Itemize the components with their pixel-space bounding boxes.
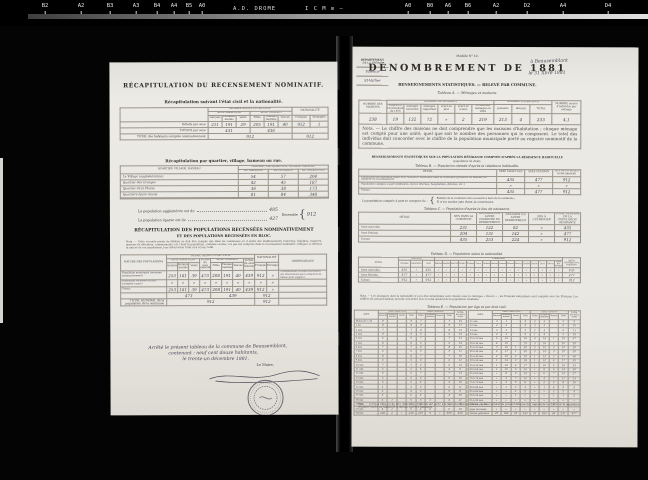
table-row: Totaux912»912»»»»»»»»»»»»»»»»912 xyxy=(358,278,580,284)
col-header: Garçons xyxy=(167,263,178,271)
cell: 183 xyxy=(539,411,549,415)
col-header: Étrangers xyxy=(267,263,279,271)
cell: 912 xyxy=(398,278,410,283)
col-header: Grecs xyxy=(474,261,482,268)
cell: » xyxy=(450,278,458,283)
ruler-mark: B6 xyxy=(465,3,472,9)
label: La population agglomérée est de xyxy=(138,209,195,213)
date-handwriting: le 31 Xbre 1881 xyxy=(528,71,565,77)
cell: Totaux xyxy=(359,188,497,194)
table-row: Totaux2282»2302014»205435 xyxy=(354,411,466,416)
col-header-detail: DÉTAIL xyxy=(359,212,451,225)
rule xyxy=(356,76,388,77)
cell: 253 xyxy=(167,286,178,292)
cell: 23 xyxy=(530,411,539,415)
table-E-right: ÂGES SEXE MASCULIN SEXE FÉMININ TOTAL de… xyxy=(468,310,580,416)
total-general: 912 xyxy=(167,298,255,306)
col-header: Français xyxy=(255,263,267,271)
cell: » xyxy=(530,278,538,283)
col-header: Femmes mariées xyxy=(539,314,549,319)
value: 912 xyxy=(307,211,317,217)
cell: 253 xyxy=(477,237,503,243)
cell: 72 xyxy=(421,114,438,125)
cell: 439 xyxy=(244,271,255,280)
tabE-title: Tableau E. — Population par âge et par é… xyxy=(352,305,582,310)
cell: 191 xyxy=(222,271,233,280)
signer-title: Le Maire, xyxy=(256,363,274,367)
section3-nota: Nota. — Cette seconde partie du tableau … xyxy=(126,240,322,250)
col-header: Turcs xyxy=(538,261,546,268)
ruler-mark: A4 xyxy=(560,3,567,9)
ruler-mark: A2 xyxy=(493,3,500,9)
cell: 181 xyxy=(178,271,189,280)
cell: 435 xyxy=(454,411,466,415)
col-header: Divers xyxy=(546,261,554,268)
cell: 243 xyxy=(520,411,530,415)
table-quartiers: QUARTIER, VILLAGE, HAMEAU NOMBRE, PAR QU… xyxy=(120,165,328,199)
cell: 912 xyxy=(555,237,581,243)
col-header: d'après le recensement de 1876 xyxy=(387,104,404,114)
col-header: DE PERSONNES xyxy=(298,169,328,173)
col-header: TOTAL xyxy=(530,104,552,114)
cell: Totaux xyxy=(354,411,378,415)
section3-title2: ET DES POPULATIONS RECENSÉES EN BLOC. xyxy=(110,234,338,239)
certification-line1: Arrêté le présent tableau de la commune … xyxy=(148,344,287,351)
brace: { xyxy=(430,196,435,205)
col-header: Belges xyxy=(458,260,466,267)
tabA-nota: Nota. — Le chiffre des maisons ne doit c… xyxy=(359,125,581,149)
col-header-total: TOTAL des deux sexes xyxy=(454,310,466,319)
tabD-title: Tableau D. — Population selon la nationa… xyxy=(352,252,582,257)
label: La population éparse est de xyxy=(138,218,186,222)
cell: » xyxy=(458,278,466,283)
table-populations: NATURE DES POPULATIONS DÉTAIL SELON L'ÉT… xyxy=(120,254,326,307)
col-header: Russes xyxy=(514,261,522,268)
ruler-mark: A2 xyxy=(78,3,85,9)
cell: 19 xyxy=(387,114,404,125)
col-header-ages: ÂGES xyxy=(468,310,492,319)
col-header-total: TOTAL des deux sexes xyxy=(568,311,580,320)
col-header-ages: ÂGES xyxy=(354,310,378,319)
col-header: Luxembourgeois xyxy=(498,261,506,268)
col-header: écart en moins xyxy=(455,104,472,114)
ruler-mark: A0 xyxy=(405,3,412,9)
population-eparse-line: La population éparse est de 427 xyxy=(138,217,278,222)
cell: 253 xyxy=(167,271,178,280)
brace: { xyxy=(299,208,306,221)
dotted-leader xyxy=(188,219,268,221)
cell: 473 xyxy=(200,286,211,292)
cell: » xyxy=(546,278,554,283)
ruler-mark: B2 xyxy=(42,3,49,9)
grand-total: 912 xyxy=(208,134,292,140)
cell: » xyxy=(438,114,455,125)
cell: » xyxy=(434,278,442,283)
cell: 132 xyxy=(404,114,421,125)
col-header-total: TOTAL GÉNÉRAL de la population xyxy=(563,258,581,268)
col-header: présents xyxy=(494,104,512,114)
cell: 233 xyxy=(530,114,552,125)
row-label: TOTAL des habitants comptés nominativeme… xyxy=(120,134,208,140)
page-title: RÉCAPITULATION DU RECENSEMENT NOMINATIF. xyxy=(109,82,337,90)
col-header: Hollandais xyxy=(482,261,490,268)
table-row: Totaux435253224»912 xyxy=(359,237,581,244)
table-row xyxy=(120,197,328,199)
table-A: NOMBRE DES MAISONS NOMBRE DE MÉNAGES NOM… xyxy=(358,100,580,149)
cell: 230 xyxy=(406,411,416,415)
cell: 201 xyxy=(416,411,425,415)
section2-subtitle: Récapitulation par quartier, village, ha… xyxy=(110,158,338,164)
col-header: Suédois xyxy=(522,261,530,268)
cell: 4,1 xyxy=(552,114,581,125)
col-header: NÉS DANS LA COMMUNE xyxy=(451,212,477,224)
cell: » xyxy=(397,411,406,415)
section3-title: RÉCAPITULATION DES POPULATIONS RECENSÉES… xyxy=(110,228,338,234)
cell: » xyxy=(267,271,279,280)
cell: 213 xyxy=(494,114,512,125)
cell: 28 xyxy=(549,411,558,415)
table-row: Totaux435477912 xyxy=(359,188,581,195)
table-E-left: ÂGES SEXE MASCULIN SEXE FÉMININ TOTAL de… xyxy=(354,310,466,416)
table-B: DÉTAIL SEXE MASCULIN SEXE FÉMININ LES DE… xyxy=(358,169,580,196)
tabE-note: Nota. — Lorsque l'âge n'a pu être déterm… xyxy=(358,403,580,410)
col-header-total-female: TOTAL du sexe féminin xyxy=(244,258,255,270)
col-header: Espagnols xyxy=(466,261,474,268)
col-header: Total des étrangers xyxy=(554,261,562,268)
corner-cell xyxy=(120,108,208,123)
label: Ensemble xyxy=(282,212,298,216)
model-number: Modèle N° 10. xyxy=(352,54,582,59)
col-header: NÉS À L'ÉTRANGER xyxy=(529,213,555,225)
ruler-mark: D4 xyxy=(605,3,612,9)
cell: 2 xyxy=(387,411,397,415)
col-header: Femmes mariées xyxy=(425,314,435,319)
cell: 2 xyxy=(455,114,472,125)
cell: 219 xyxy=(472,114,494,125)
col-header: Femmes mariées xyxy=(222,263,233,271)
cell: » xyxy=(442,278,450,283)
col-header: Suisses xyxy=(530,261,538,268)
tabD-note: Nota. — Les étrangers dont la nationalit… xyxy=(360,295,578,302)
certification-line3: le trente-un décembre 1881. xyxy=(182,357,249,362)
col-header: Allemands xyxy=(434,260,442,267)
cell: 912 xyxy=(422,278,434,283)
cell: 4 xyxy=(512,114,530,125)
table-D: DÉTAIL FRANÇAIS ÉTRANGERS TOTAL GÉNÉRAL … xyxy=(358,257,580,284)
cell: » xyxy=(498,278,506,283)
table-row: Population municipale (recensée nominati… xyxy=(121,270,327,280)
cell: 238 xyxy=(359,114,387,125)
table-row: TOTAL GÉNÉRAL de la population de la com… xyxy=(121,298,327,306)
cell: 231 xyxy=(558,411,568,415)
cell: 912 xyxy=(255,271,267,280)
cell: L'emplacement ci-contre est réservé aux … xyxy=(279,270,327,279)
page-right-denombrement: DÉPARTEMENT DE LA DRÔME Valence St-Valli… xyxy=(351,47,638,448)
grand-total-nat: 912 xyxy=(292,134,328,140)
col-header-nature: NATURE DES POPULATIONS xyxy=(121,255,167,271)
cell: » xyxy=(554,278,562,283)
cell: 39 xyxy=(189,271,200,280)
col-header: ménages supprimés xyxy=(421,104,438,114)
note-item-handwriting: Il n'en existe pas dans la commune. xyxy=(437,200,516,204)
col-header: naturalisés xyxy=(410,260,422,267)
col-header: NÉS DANS UN AUTRE DÉPARTEMENT xyxy=(503,213,529,225)
col-header-total-male: TOTAL du sexe masculin xyxy=(200,258,211,270)
value: 427 xyxy=(269,217,278,222)
col-header-detail: DÉTAIL xyxy=(358,257,398,267)
table-row: Totaux généraux25184342432318328231477 xyxy=(468,411,580,416)
cell: 25 xyxy=(492,411,501,415)
note-label: La population comptée à part se compose … xyxy=(362,198,427,202)
table-row: Nota. — Le chiffre des maisons ne doit c… xyxy=(359,125,581,149)
col-header: Autrichiens xyxy=(450,260,458,267)
col-header: Veufs xyxy=(189,263,200,271)
col-header: NÉS DANS UNE AUTRE COMMUNE DU DÉPARTEMEN… xyxy=(477,212,503,224)
cell xyxy=(268,197,298,198)
ruler-mark: A0 xyxy=(199,3,206,9)
cell: 208 xyxy=(211,271,222,280)
cell: Totaux xyxy=(359,237,451,243)
cell: 224 xyxy=(503,237,529,243)
cell xyxy=(279,298,327,306)
page-subtitle: RENSEIGNEMENTS STATISTIQUES. — RELEVÉ PA… xyxy=(352,82,582,88)
cell xyxy=(238,197,268,198)
col-header: ménages nouveaux xyxy=(404,104,421,114)
cell: Totaux xyxy=(358,278,398,283)
cell: 435 xyxy=(451,237,477,243)
film-ruler-strip: B2 A2 B3 A3 B4 A4 B5 A0 A.D. DROME I C M… xyxy=(0,0,648,26)
cell: 439 xyxy=(244,286,255,292)
tabC-title: Tableau C. — Population d'après le lieu … xyxy=(352,207,582,212)
col-header: Veuves xyxy=(233,263,244,271)
cell: » xyxy=(466,278,474,283)
cell xyxy=(298,197,328,198)
ruler-mark: A3 xyxy=(133,3,140,9)
col-header-observations: OBSERVATIONS xyxy=(279,254,327,270)
official-round-stamp xyxy=(245,378,285,416)
col-header: d'origine xyxy=(398,260,410,267)
table-row: 2381913272»221921342334,1 xyxy=(359,114,581,126)
cell: » xyxy=(538,278,546,283)
cell: Population municipale (recensée nominati… xyxy=(121,271,167,280)
table-C: DÉTAIL NÉS DANS LA COMMUNENÉS DANS UNE A… xyxy=(358,212,580,244)
tabB-title: Tableau B. — Population classée d'après … xyxy=(352,164,582,169)
stat-heading2: (population de droit). xyxy=(352,159,582,163)
cell: » xyxy=(522,278,530,283)
col-header: TOTAL GÉNÉRAL DE LA POPULATION RÉSIDANTE xyxy=(555,213,581,225)
microfilm-frame: B2 A2 B3 A3 B4 A4 B5 A0 A.D. DROME I C M… xyxy=(0,0,648,480)
ruler-mark: B0 xyxy=(427,3,434,9)
col-header: TOTAL des ménages en 1881 xyxy=(472,104,494,114)
cell: 208 xyxy=(211,286,222,292)
table-row: TOTAL des habitants comptés nominativeme… xyxy=(120,134,328,141)
tabB-note: La population comptée à part se compose … xyxy=(362,196,515,205)
cell: 477 xyxy=(568,411,580,415)
col-group-nationalite: NATIONALITÉ xyxy=(292,107,328,115)
table-etat-civil: DÉTAILS SELON L'ÉTAT CIVIL NATIONALITÉ S… xyxy=(120,107,328,141)
cell: 40 xyxy=(233,271,244,280)
col-header: Polonais xyxy=(506,261,514,268)
dotted-leader xyxy=(196,210,267,212)
cell: » xyxy=(435,411,444,415)
cell xyxy=(120,197,238,198)
cell: » xyxy=(490,278,498,283)
ensemble-total: Ensemble { 912 xyxy=(282,208,316,221)
col-header-moyenne: NOMBRE moyen d'individus par ménage xyxy=(552,101,581,114)
cell: » xyxy=(514,278,522,283)
cell: 228 xyxy=(378,411,387,415)
cell: 912 xyxy=(553,189,581,195)
scale-label: I C M ≡ — xyxy=(305,6,344,12)
col-header: LES DEUX SEXES (total général) xyxy=(553,170,581,177)
total-general-nat: 912 xyxy=(255,298,279,305)
cell: 205 xyxy=(444,411,454,415)
cell: » xyxy=(529,237,555,243)
ruler-mark: A4 xyxy=(171,3,178,9)
ruler-mark: D2 xyxy=(524,3,531,9)
ruler-mark: A6 xyxy=(445,3,452,9)
col-header: total xyxy=(422,260,434,267)
col-header: Hommes mariés xyxy=(178,263,189,271)
page-left-recapitulation: RÉCAPITULATION DU RECENSEMENT NOMINATIF.… xyxy=(109,62,338,416)
col-header: Italiens xyxy=(490,261,498,268)
cell: 912 xyxy=(563,278,581,283)
population-agglomeree-line: La population agglomérée est de 485 xyxy=(138,208,278,213)
cell: 34 xyxy=(511,411,520,415)
col-header: écart en plus xyxy=(438,104,455,114)
cell: 477 xyxy=(525,189,553,195)
archive-label: A.D. DROME xyxy=(233,6,276,12)
cell: Totaux généraux xyxy=(468,411,492,415)
col-header-maisons: NOMBRE DES MAISONS xyxy=(359,100,387,113)
cell: » xyxy=(506,278,514,283)
row-label: TOTAL GÉNÉRAL de la population de la com… xyxy=(121,298,167,306)
col-header: Femmes mariées xyxy=(264,115,278,122)
ruler-mark: B5 xyxy=(186,3,193,9)
cell: 4 xyxy=(425,411,435,415)
film-edge-bar xyxy=(28,14,648,19)
col-group-nationalite: NATIONALITÉ xyxy=(255,254,279,262)
ruler-mark: B4 xyxy=(154,3,161,9)
col-header: absents xyxy=(512,104,530,114)
cell: 184 xyxy=(501,411,511,415)
ruler-mark: B3 xyxy=(107,3,114,9)
cell: » xyxy=(474,278,482,283)
cell: 473 xyxy=(200,271,211,280)
col-header: Filles xyxy=(211,263,222,271)
col-header: Anglais xyxy=(442,260,450,267)
cell: 435 xyxy=(497,189,525,195)
tabA-title: Tableau A. — Ménages et maisons. xyxy=(352,91,582,96)
value: 485 xyxy=(269,208,278,213)
cell: » xyxy=(410,278,422,283)
film-edge-sliver xyxy=(0,158,3,323)
section1-subtitle: Récapitulation suivant l'état civil et l… xyxy=(110,99,338,105)
certification-line2: contenant : neuf cent douze habitants, xyxy=(168,351,258,357)
cell: » xyxy=(482,278,490,283)
